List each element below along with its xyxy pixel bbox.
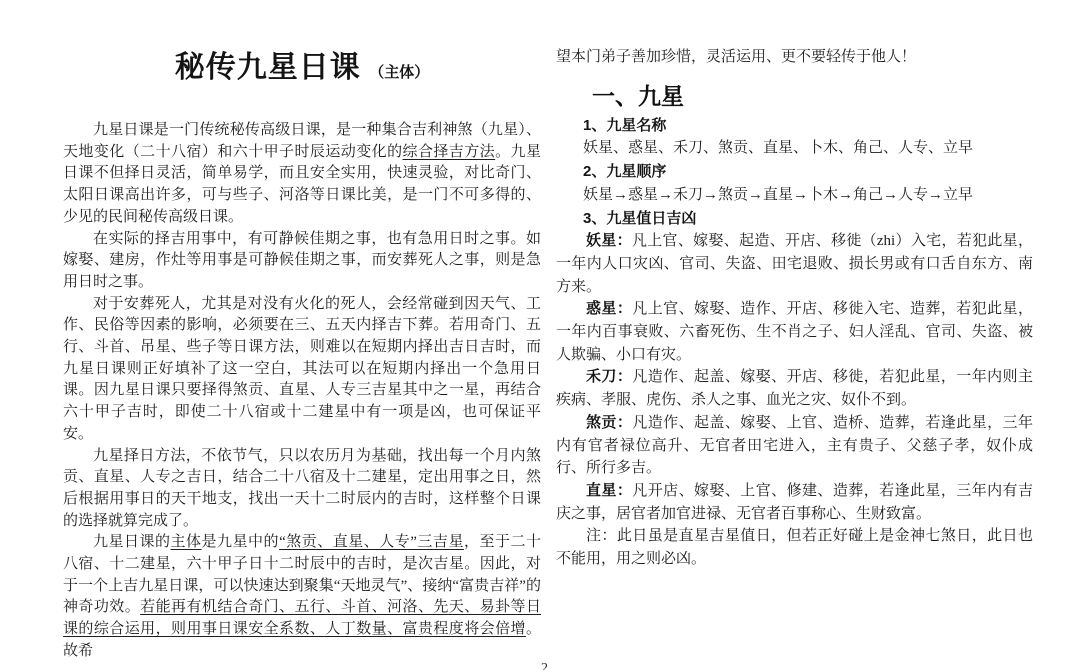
- star-entry-huoxing: 惑星：凡上官、嫁娶、造作、开店、移徙入宅、造葬，若犯此星，一年内百事衰败、六畜死…: [556, 298, 1033, 366]
- star-entry-label: 煞贡：: [586, 414, 632, 431]
- subheading-star-names: 1、九星名称: [583, 115, 1033, 138]
- page-title-suffix: （主体）: [369, 65, 429, 81]
- star-entry-label: 惑星：: [586, 300, 632, 317]
- star-entry-label: 妖星：: [586, 232, 632, 249]
- star-entry-label: 直星：: [586, 482, 632, 499]
- underlined-phrase-subject: 主体: [171, 534, 202, 550]
- document-page: 秘传九星日课 （主体） 九星日课是一门传统秘传高级日课，是一种集合吉利神煞（九星…: [0, 0, 1082, 670]
- paragraph-intro: 九星日课是一门传统秘传高级日课，是一种集合吉利神煞（九星）、天地变化（二十八宿）…: [63, 120, 541, 229]
- star-entry-hedao: 禾刀：凡造作、起盖、嫁娶、开店、移徙，若犯此星，一年内则主疾病、孝服、虎伤、杀人…: [556, 366, 1033, 411]
- subheading-star-order: 2、九星顺序: [583, 161, 1033, 184]
- right-column: 望本门弟子善加珍惜，灵活运用、更不要轻传于他人！ 一、九星 1、九星名称 妖星、…: [556, 46, 1033, 571]
- section-heading-nine-stars: 一、九星: [592, 82, 1033, 110]
- paragraph-method: 九星择日方法，不依节气，只以农历月为基础，找出每一个月内煞贡、直星、人专之吉日，…: [63, 446, 541, 533]
- continuation-line: 望本门弟子善加珍惜，灵活运用、更不要轻传于他人！: [556, 46, 1033, 69]
- note-label: 注：: [586, 528, 617, 544]
- star-entry-yaoxing: 妖星：凡上官、嫁娶、起造、开店、移徙（zhi）入宅，若犯此星，一年内人口灾凶、官…: [556, 230, 1033, 298]
- paragraph-summary-seg: 是九星中的: [202, 534, 280, 550]
- paragraph-burial: 对于安葬死人，尤其是对没有火化的死人，会经常碰到因天气、工作、民俗等因素的影响，…: [63, 294, 541, 446]
- star-entry-shagong: 煞贡：凡造作、起盖、嫁娶、上官、造桥、造葬，若逢此星，三年内有官者禄位高升、无官…: [556, 412, 1033, 480]
- star-entry-zhixing: 直星：凡开店、嫁娶、上官、修建、造葬，若逢此星，三年内有吉庆之事，居官者加官进禄…: [556, 480, 1033, 525]
- note-paragraph: 注：此日虽是直星吉星值日，但若正好碰上是金神七煞日，此日也不能用，用之则必凶。: [556, 525, 1033, 570]
- star-names-line: 妖星、惑星、禾刀、煞贡、直星、卜木、角己、人专、立早: [583, 137, 1033, 160]
- page-title-text: 秘传九星日课: [175, 51, 361, 84]
- page-number: 2: [541, 662, 548, 670]
- subheading-star-fortune: 3、九星值日吉凶: [583, 208, 1033, 231]
- left-column: 秘传九星日课 （主体） 九星日课是一门传统秘传高级日课，是一种集合吉利神煞（九星…: [63, 40, 541, 663]
- star-entry-label: 禾刀：: [586, 368, 632, 385]
- paragraph-summary: 九星日课的主体是九星中的“煞贡、直星、人专”三吉星，至于二十八宿、十二建星，六十…: [63, 532, 541, 662]
- note-text: 此日虽是直星吉星值日，但若正好碰上是金神七煞日，此日也不能用，用之则必凶。: [556, 528, 1033, 567]
- paragraph-summary-seg: 九星日课的: [93, 534, 171, 550]
- underlined-phrase-three-stars: “煞贡、直星、人专”三吉星: [279, 534, 464, 550]
- star-order-line: 妖星→惑星→禾刀→煞贡→直星→卜木→角己→人专→立早: [583, 184, 1033, 207]
- paragraph-timing: 在实际的择吉用事中，有可静候佳期之事，也有急用日时之事。如嫁娶、建房，作灶等用事…: [63, 229, 541, 294]
- underlined-phrase-method: 综合择吉方法: [403, 144, 496, 160]
- page-title: 秘传九星日课 （主体）: [63, 46, 541, 95]
